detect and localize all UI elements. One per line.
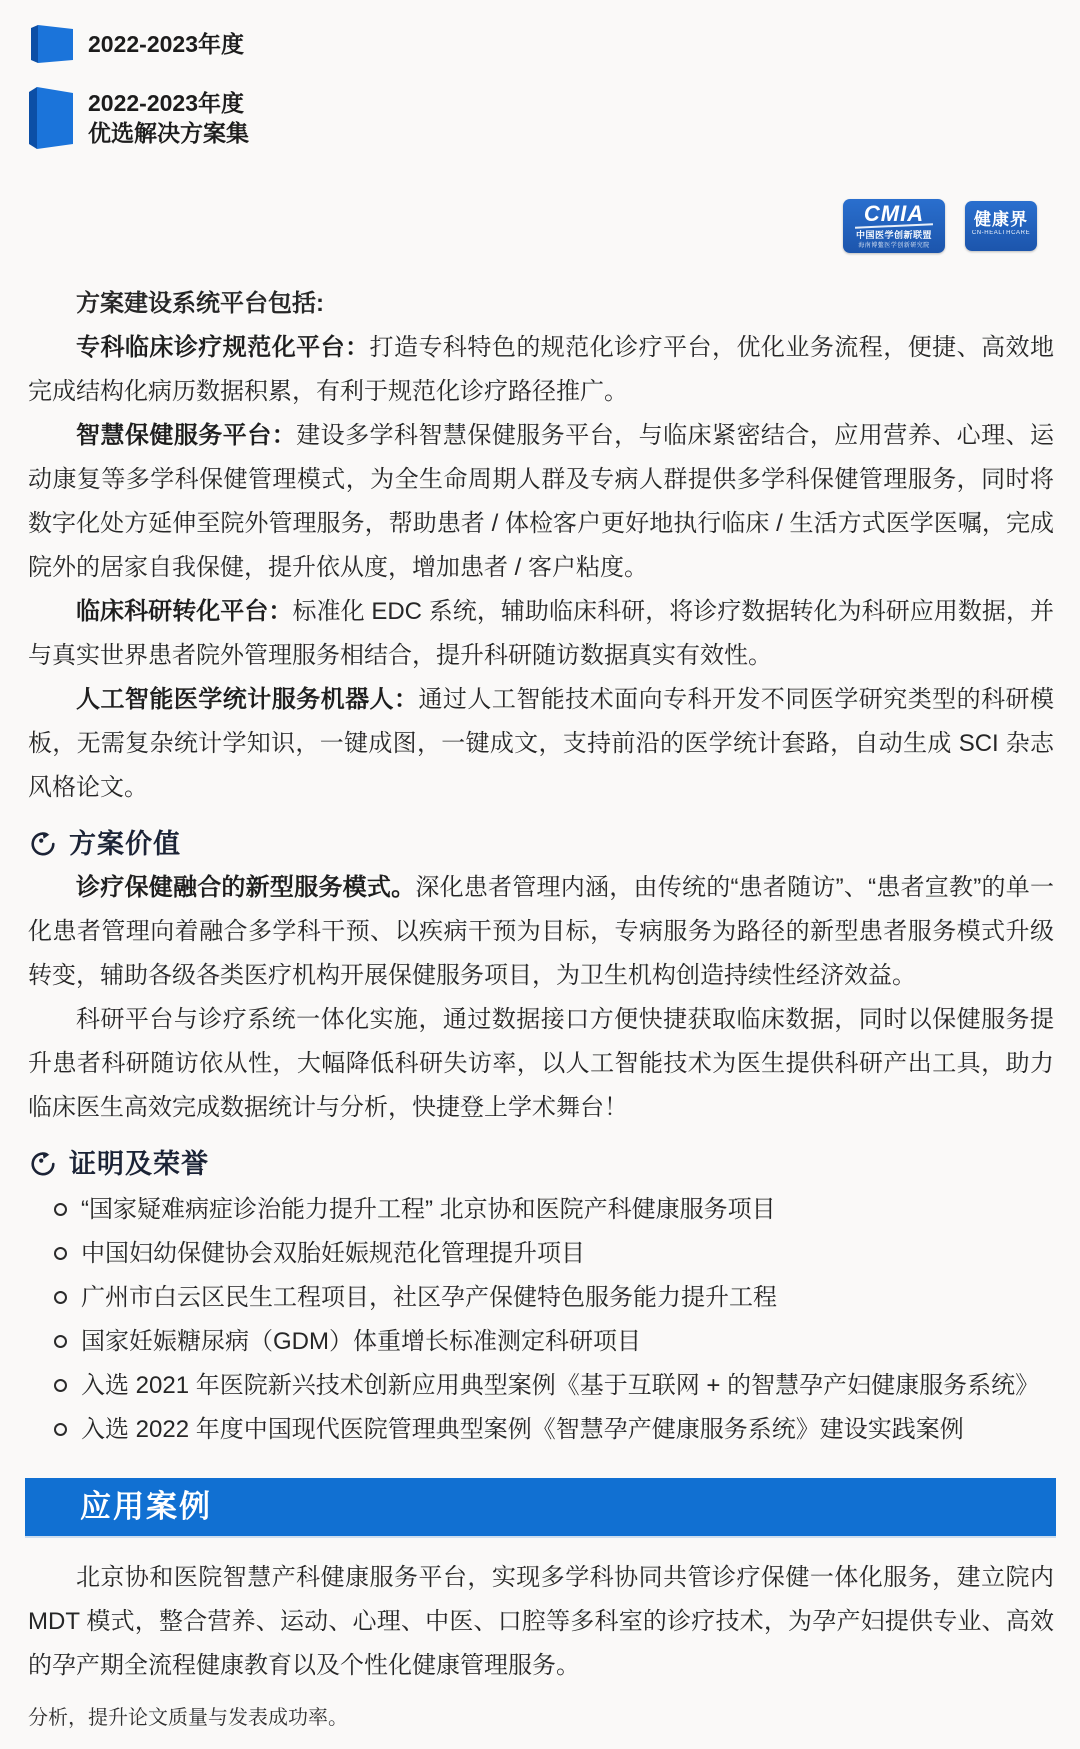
platform-name: 人工智能医学统计服务机器人：: [76, 686, 418, 713]
healthcare-name: 健康界: [965, 210, 1037, 229]
value-paragraph: 科研平台与诊疗系统一体化实施，通过数据接口方便快捷获取临床数据，同时以保健服务提…: [28, 998, 1054, 1130]
platform-paragraph: 临床科研转化平台：标准化 EDC 系统，辅助临床科研，将诊疗数据转化为科研应用数…: [28, 590, 1054, 678]
edition-title: 2022-2023年度 优选解决方案集: [88, 88, 249, 148]
circular-arrow-icon: [30, 831, 56, 857]
bullet-icon: [54, 1203, 67, 1216]
document-page: 2022-2023年度 2022-2023年度 优选解决方案集 CMIA 中国医…: [0, 0, 1080, 1749]
circular-arrow-icon: [30, 1151, 56, 1177]
platform-paragraph: 人工智能医学统计服务机器人：通过人工智能技术面向专科开发不同医学研究类型的科研模…: [28, 678, 1054, 810]
edition-title-line1: 2022-2023年度: [88, 88, 249, 118]
intro-label: 方案建设系统平台包括:: [28, 282, 1054, 326]
cmia-subtitle: 海南博鳌医学创新研究院: [843, 242, 945, 250]
platform-name: 临床科研转化平台：: [76, 598, 292, 625]
case-paragraph: 北京协和医院智慧产科健康服务平台，实现多学科协同共管诊疗保健一体化服务，建立院内…: [28, 1556, 1054, 1688]
value-text: 科研平台与诊疗系统一体化实施，通过数据接口方便快捷获取临床数据，同时以保健服务提…: [28, 1006, 1054, 1121]
bullet-icon: [54, 1247, 67, 1260]
edition-badge-small: 2022-2023年度: [30, 24, 244, 64]
book-icon: [28, 86, 74, 150]
book-icon: [30, 24, 74, 64]
cmia-abbr: CMIA: [843, 202, 945, 225]
honors-list: “国家疑难病症诊治能力提升工程” 北京协和医院产科健康服务项目 中国妇幼保健协会…: [28, 1188, 1054, 1452]
bullet-icon: [54, 1291, 67, 1304]
section-header-honors: 证明及荣誉: [30, 1142, 1054, 1186]
document-body: 方案建设系统平台包括: 专科临床诊疗规范化平台：打造专科特色的规范化诊疗平台，优…: [28, 282, 1054, 1734]
section-banner-cases: 应用案例: [25, 1478, 1056, 1536]
honor-item: 入选 2022 年度中国现代医院管理典型案例《智慧孕产健康服务系统》建设实践案例: [28, 1408, 1054, 1452]
honor-item: 入选 2021 年医院新兴技术创新应用典型案例《基于互联网 + 的智慧孕产妇健康…: [28, 1364, 1054, 1408]
honor-item: 国家妊娠糖尿病（GDM）体重增长标准测定科研项目: [28, 1320, 1054, 1364]
healthcare-logo: 健康界 CN-HEALTHCARE: [965, 201, 1037, 251]
healthcare-subtitle: CN-HEALTHCARE: [965, 229, 1037, 238]
footer-text-fragment: 分析，提升论文质量与发表成功率。: [28, 1702, 1054, 1734]
platform-name: 专科临床诊疗规范化平台：: [76, 334, 370, 361]
honor-item: “国家疑难病症诊治能力提升工程” 北京协和医院产科健康服务项目: [28, 1188, 1054, 1232]
platform-paragraph: 专科临床诊疗规范化平台：打造专科特色的规范化诊疗平台，优化业务流程，便捷、高效地…: [28, 326, 1054, 414]
platform-paragraph: 智慧保健服务平台：建设多学科智慧保健服务平台，与临床紧密结合，应用营养、心理、运…: [28, 414, 1054, 590]
section-title: 证明及荣誉: [69, 1142, 209, 1186]
honor-item: 广州市白云区民生工程项目，社区孕产保健特色服务能力提升工程: [28, 1276, 1054, 1320]
edition-label: 2022-2023年度: [88, 31, 244, 57]
value-lead: 诊疗保健融合的新型服务模式。: [76, 874, 415, 901]
section-header-value: 方案价值: [30, 822, 1054, 866]
platform-name: 智慧保健服务平台：: [76, 422, 296, 449]
bullet-icon: [54, 1379, 67, 1392]
honor-item: 中国妇幼保健协会双胎妊娠规范化管理提升项目: [28, 1232, 1054, 1276]
section-title: 方案价值: [69, 822, 181, 866]
bullet-icon: [54, 1335, 67, 1348]
edition-title-line2: 优选解决方案集: [88, 118, 249, 148]
value-paragraph: 诊疗保健融合的新型服务模式。深化患者管理内涵，由传统的“患者随访”、“患者宣教”…: [28, 866, 1054, 998]
bullet-icon: [54, 1423, 67, 1436]
cmia-logo: CMIA 中国医学创新联盟 海南博鳌医学创新研究院: [843, 199, 945, 253]
cmia-name: 中国医学创新联盟: [843, 229, 945, 242]
edition-badge-main: 2022-2023年度 优选解决方案集: [28, 86, 249, 150]
